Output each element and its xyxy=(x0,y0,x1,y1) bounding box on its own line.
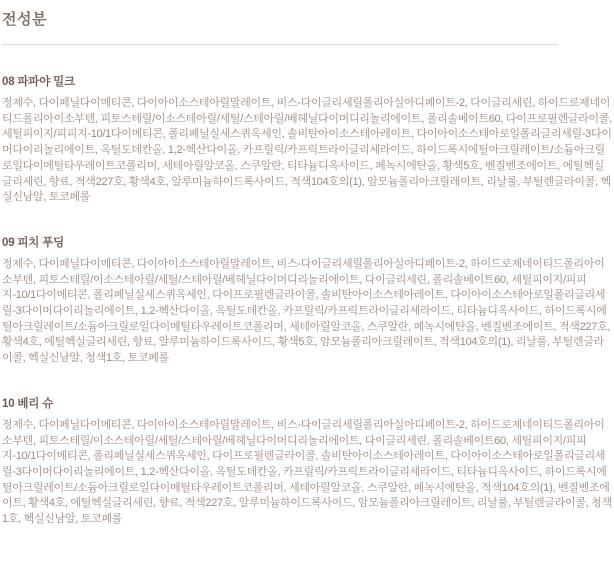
section-heading-peach-pudding: 09 피치 푸딩 xyxy=(2,234,612,250)
section-peach-pudding: 09 피치 푸딩 정제수, 다이페닐다이메티콘, 다이아이소스테아릴말레이트, … xyxy=(2,234,612,367)
ingredients-text-papaya-milk: 정제수, 다이페닐다이메티콘, 다이아이소스테아릴말레이트, 비스-다이글리세릴… xyxy=(2,96,612,206)
page-title: 전성분 xyxy=(2,8,612,29)
ingredients-text-peach-pudding: 정제수, 다이페닐다이메티콘, 다이아이소스테아릴말레이트, 비스-다이글리세릴… xyxy=(2,257,612,367)
section-papaya-milk: 08 파파야 밀크 정제수, 다이페닐다이메티콘, 다이아이소스테아릴말레이트,… xyxy=(2,73,612,206)
ingredients-page: 전성분 08 파파야 밀크 정제수, 다이페닐다이메티콘, 다이아이소스테아릴말… xyxy=(0,0,614,570)
section-berry-chou: 10 베리 슈 정제수, 다이페닐다이메티콘, 다이아이소스테아릴말레이트, 비… xyxy=(2,395,612,528)
ingredients-text-berry-chou: 정제수, 다이페닐다이메티콘, 다이아이소스테아릴말레이트, 비스-다이글리세릴… xyxy=(2,418,612,528)
divider xyxy=(2,44,558,45)
section-heading-berry-chou: 10 베리 슈 xyxy=(2,395,612,411)
section-heading-papaya-milk: 08 파파야 밀크 xyxy=(2,73,612,89)
